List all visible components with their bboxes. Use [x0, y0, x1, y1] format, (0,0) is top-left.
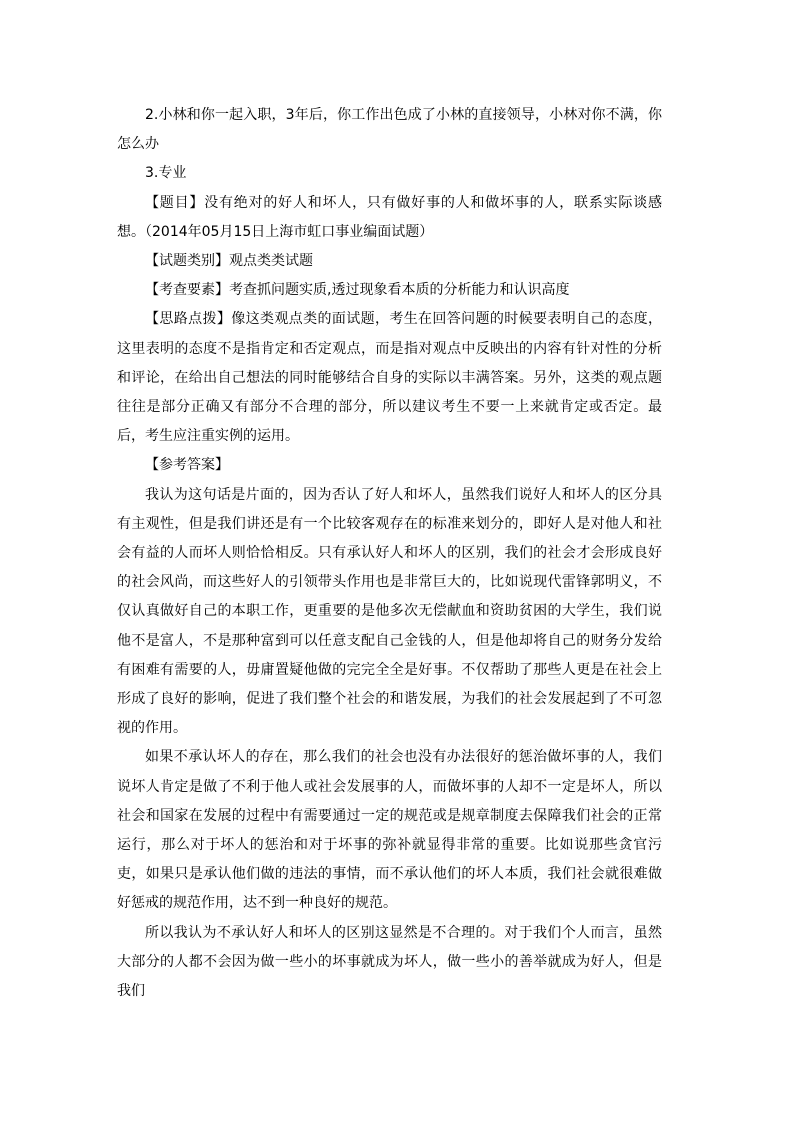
hint-label: 【思路点拨】 — [145, 311, 231, 327]
question-2: 2.小林和你一起入职，3年后，你工作出色成了小林的直接领导，小林对你不满，你怎么… — [117, 101, 662, 159]
elements-text: 考查抓问题实质,透过现象看本质的分析能力和认识高度 — [229, 282, 569, 298]
category-label: 【试题类别】 — [145, 253, 229, 269]
elements-label: 【考查要素】 — [145, 282, 229, 298]
answer-heading: 【参考答案】 — [117, 451, 662, 480]
hint-text: 像这类观点类的面试题，考生在回答问题的时候要表明自己的态度，这里表明的态度不是指… — [117, 311, 662, 444]
title-label: 【题目】 — [145, 195, 204, 211]
document-page: 2.小林和你一起入职，3年后，你工作出色成了小林的直接领导，小林对你不满，你怎么… — [117, 101, 662, 1006]
question-title: 【题目】没有绝对的好人和坏人，只有做好事的人和做坏事的人，联系实际谈感想。（20… — [117, 189, 662, 247]
approach-hint: 【思路点拨】像这类观点类的面试题，考生在回答问题的时候要表明自己的态度，这里表明… — [117, 305, 662, 451]
answer-paragraph-3: 所以我认为不承认好人和坏人的区别这显然是不合理的。对于我们个人而言，虽然大部分的… — [117, 919, 662, 1007]
answer-paragraph-2: 如果不承认坏人的存在，那么我们的社会也没有办法很好的惩治做坏事的人，我们说坏人肯… — [117, 743, 662, 918]
answer-label: 【参考答案】 — [145, 457, 229, 473]
assessment-elements: 【考查要素】考查抓问题实质,透过现象看本质的分析能力和认识高度 — [117, 276, 662, 305]
category-text: 观点类类试题 — [229, 253, 313, 269]
section-3-heading: 3.专业 — [117, 159, 662, 188]
question-category: 【试题类别】观点类类试题 — [117, 247, 662, 276]
answer-paragraph-1: 我认为这句话是片面的，因为否认了好人和坏人，虽然我们说好人和坏人的区分具有主观性… — [117, 481, 662, 744]
